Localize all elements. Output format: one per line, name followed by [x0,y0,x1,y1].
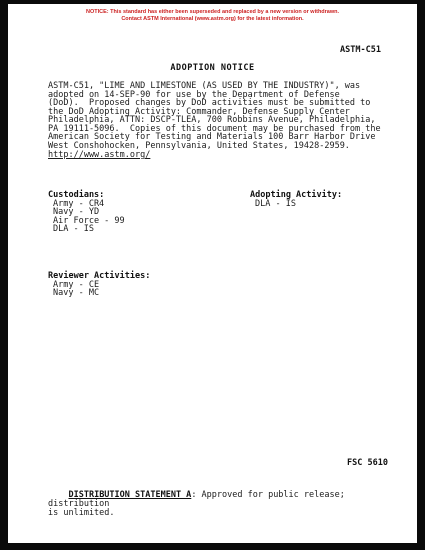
withdrawal-notice-line-1: NOTICE: This standard has either been su… [8,9,417,16]
document-page: NOTICE: This standard has either been su… [8,4,417,543]
adopting-activity-section: Adopting Activity: DLA - IS [250,191,342,208]
custodian-item: DLA - IS [48,225,125,234]
distribution-statement: DISTRIBUTION STATEMENT A: Approved for p… [48,482,387,527]
adopting-activity-item: DLA - IS [250,200,342,209]
withdrawal-notice-banner: NOTICE: This standard has either been su… [8,9,417,23]
custodians-section: Custodians: Army - CR4 Navy - YD Air For… [48,191,125,234]
withdrawal-notice-line-2: Contact ASTM International (www.astm.org… [8,16,417,23]
document-number: ASTM-C51 [340,45,381,55]
fsc-code: FSC 5610 [347,458,388,468]
reviewer-activities-section: Reviewer Activities: Army - CE Navy - MC [48,272,150,298]
adoption-notice-body: ASTM-C51, "LIME AND LIMESTONE (AS USED B… [48,82,381,150]
astm-website-link[interactable]: http://www.astm.org/ [48,150,150,160]
scanned-document-viewport: { "notice_banner": { "line1": "NOTICE: T… [0,0,425,550]
reviewer-activity-item: Navy - MC [48,289,150,298]
page-title: ADOPTION NOTICE [8,63,417,73]
